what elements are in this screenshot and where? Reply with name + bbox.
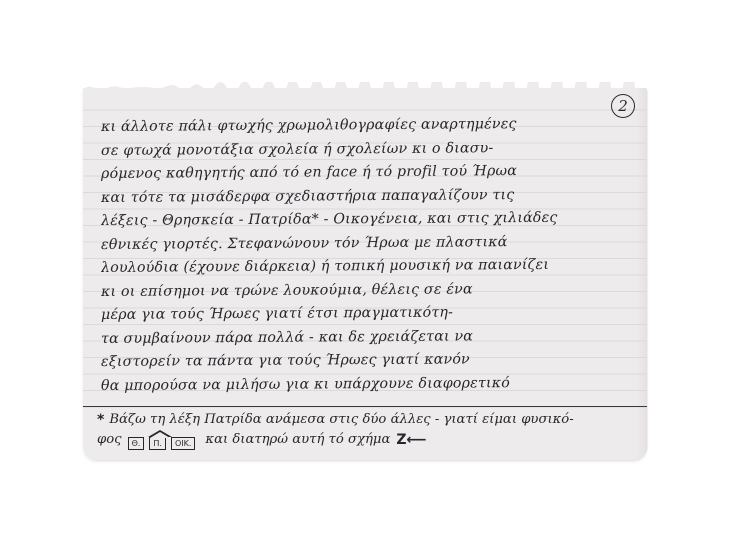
- footnote: * Βάζω τη λέξη Πατρίδα ανάμεσα στις δύο …: [97, 410, 633, 450]
- handwritten-body: κι άλλοτε πάλι φτωχής χρωμολιθογραφίες α…: [101, 116, 629, 398]
- footnote-text: Βάζω τη λέξη Πατρίδα ανάμεσα στις δύο άλ…: [109, 410, 573, 430]
- footnote-line-1: * Βάζω τη λέξη Πατρίδα ανάμεσα στις δύο …: [97, 410, 633, 430]
- box-patrida-house: Π.: [149, 437, 166, 450]
- footnote-text-prefix: φος: [97, 430, 122, 450]
- footnote-text-suffix: και διατηρώ αυτή τό σχήμα: [205, 430, 390, 450]
- body-line: ρόμενος καθηγητής από τό en face ή τό pr…: [101, 159, 629, 186]
- paper-edge-shade: [637, 88, 647, 460]
- body-line: λέξεις - Θρησκεία - Πατρίδα* - Οικογένει…: [101, 206, 629, 233]
- note-sheet: 2 κι άλλοτε πάλι φτωχής χρωμολιθογραφίες…: [83, 88, 647, 460]
- footnote-line-2: φος Θ. Π. ΟΙΚ. και διατηρώ αυτή τό σχήμα…: [97, 430, 633, 450]
- box-theos: Θ.: [128, 437, 145, 450]
- body-line: κι άλλοτε πάλι φτωχής χρωμολιθογραφίες α…: [101, 112, 629, 139]
- box-oikogeneia: ΟΙΚ.: [171, 437, 195, 450]
- body-line: θα μπορούσα να μιλήσω για κι υπάρχουνε δ…: [101, 371, 629, 398]
- signature-mark: Ζ⟵: [396, 430, 426, 450]
- asterisk-marker: *: [97, 410, 104, 430]
- body-line: λουλούδια (έχουνε διάρκεια) ή τοπική μου…: [101, 253, 629, 280]
- footnote-divider: [83, 406, 647, 407]
- body-line: μέρα για τούς Ήρωες γιατί έτσι πραγματικ…: [101, 300, 629, 327]
- diagram-boxes: Θ. Π. ΟΙΚ.: [128, 431, 196, 450]
- scan-canvas: 2 κι άλλοτε πάλι φτωχής χρωμολιθογραφίες…: [0, 0, 734, 544]
- body-line: εξιστορείν τα πάντα για τούς Ήρωες γιατί…: [101, 347, 629, 374]
